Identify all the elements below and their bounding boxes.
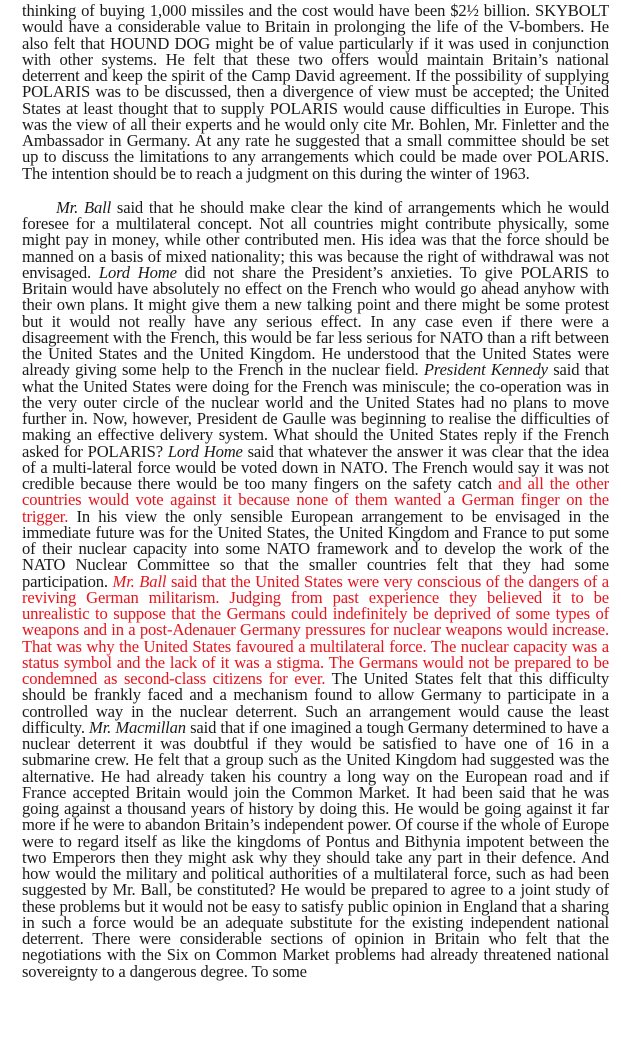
paragraph-polaris-discussion: thinking of buying 1,000 missiles and th… <box>22 3 609 182</box>
text-segment: thinking of buying 1,000 missiles and th… <box>22 1 609 183</box>
document-page: thinking of buying 1,000 missiles and th… <box>22 3 609 980</box>
text-segment: said that if one imagined a tough German… <box>22 718 609 981</box>
paragraph-multilateral-force: Mr. Ball said that he should make clear … <box>22 200 609 980</box>
